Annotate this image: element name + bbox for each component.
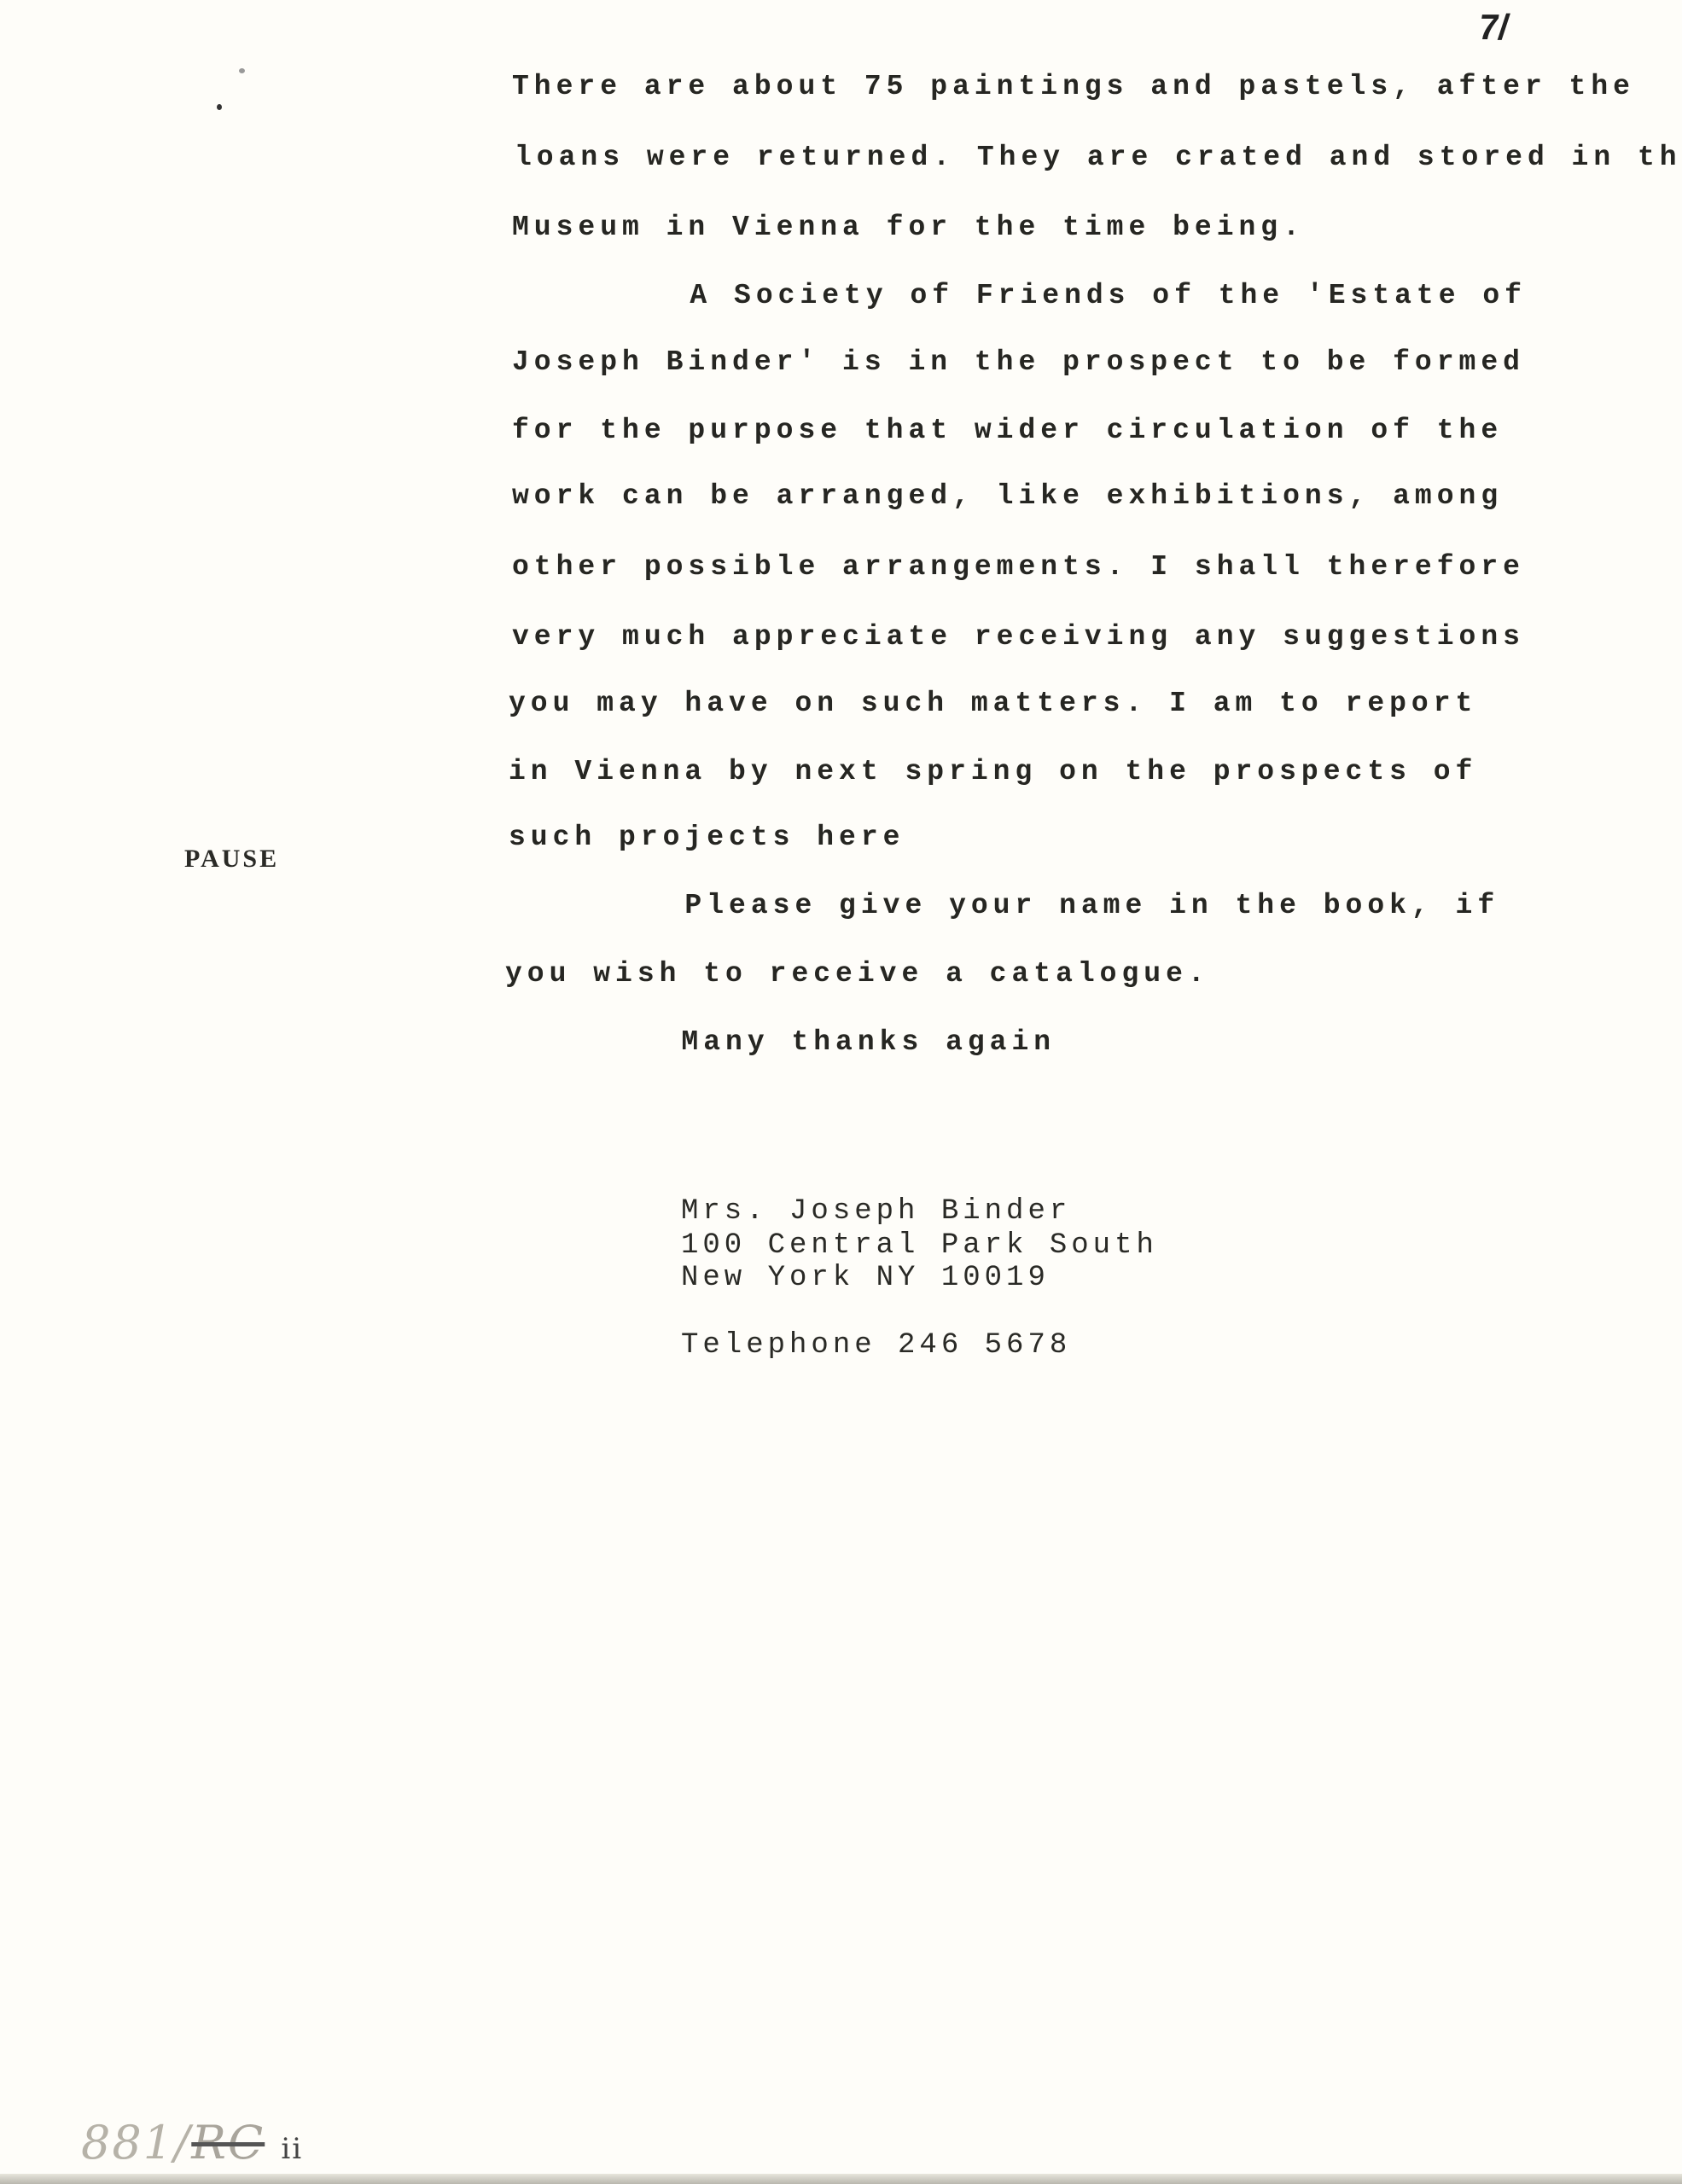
- body-line: Many thanks again: [505, 1028, 1056, 1056]
- body-line: Museum in Vienna for the time being.: [512, 213, 1305, 241]
- body-line: work can be arranged, like exhibitions, …: [512, 482, 1503, 510]
- document-page: 7/ There are about 75 paintings and past…: [0, 0, 1682, 2174]
- body-line: other possible arrangements. I shall the…: [512, 553, 1525, 581]
- paper-speck: [239, 68, 245, 73]
- body-line: Please give your name in the book, if: [509, 892, 1499, 920]
- body-line: for the purpose that wider circulation o…: [512, 416, 1503, 444]
- body-line: Joseph Binder' is in the prospect to be …: [512, 348, 1525, 376]
- body-line: you wish to receive a catalogue.: [505, 960, 1210, 988]
- signature-street: 100 Central Park South: [681, 1231, 1158, 1260]
- margin-note-pause: PAUSE: [184, 845, 279, 874]
- page-number: 7/: [1476, 7, 1512, 48]
- body-line: very much appreciate receiving any sugge…: [512, 623, 1525, 651]
- archive-number: 881/: [81, 2116, 191, 2169]
- body-line: There are about 75 paintings and pastels…: [512, 73, 1635, 101]
- signature-city: New York NY 10019: [681, 1263, 1050, 1292]
- archive-mark: 881/RC ii: [81, 2116, 303, 2169]
- signature-name: Mrs. Joseph Binder: [681, 1197, 1071, 1226]
- paper-bottom-edge: [0, 2174, 1682, 2184]
- body-line: such projects here: [509, 823, 905, 851]
- body-line: A Society of Friends of the 'Estate of: [514, 282, 1527, 310]
- body-line: you may have on such matters. I am to re…: [509, 689, 1477, 717]
- archive-suffix: ii: [281, 2132, 303, 2166]
- signature-phone: Telephone 246 5678: [681, 1331, 1071, 1360]
- body-line: loans were returned. They are crated and…: [515, 143, 1682, 171]
- paper-speck: [217, 104, 222, 110]
- body-line: in Vienna by next spring on the prospect…: [509, 758, 1477, 786]
- archive-struck: RC: [191, 2116, 265, 2169]
